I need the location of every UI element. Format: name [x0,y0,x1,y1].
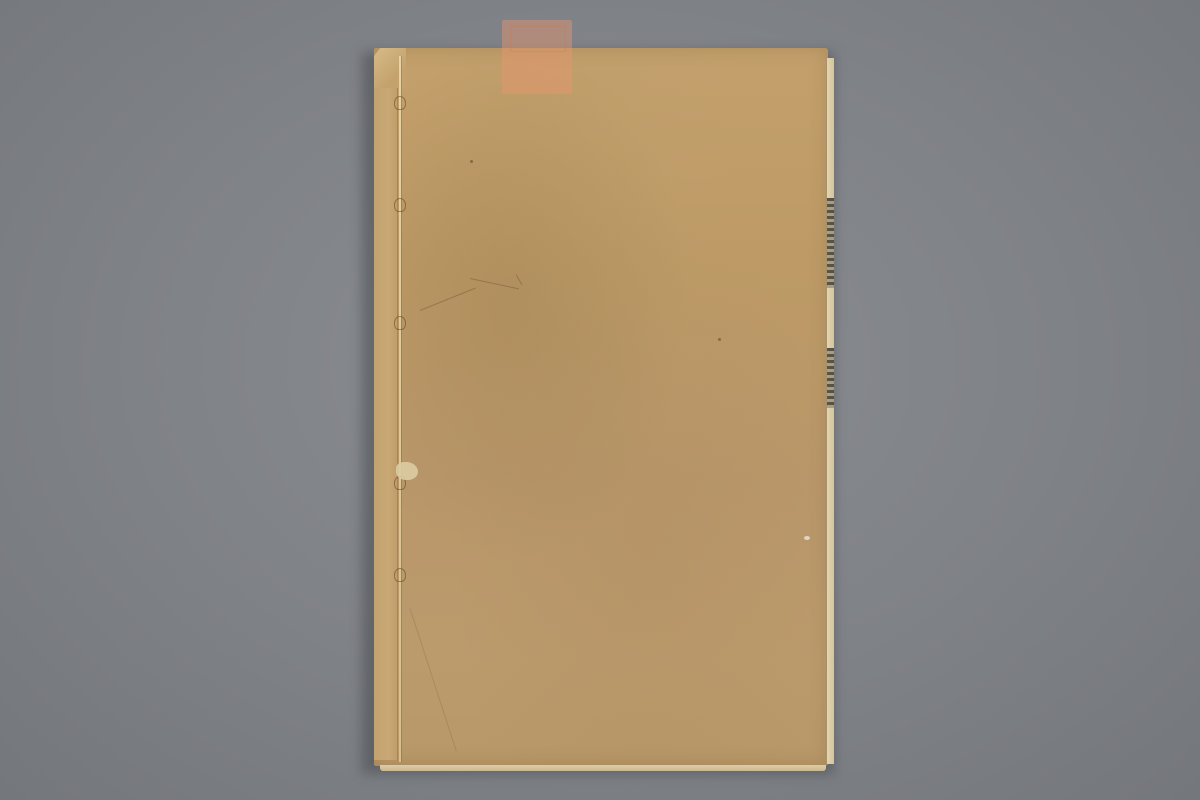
thread-knot [394,198,406,212]
page-edge-right [826,58,834,764]
edge-wear [827,198,834,288]
speck [718,338,721,341]
binding-thread [399,56,401,762]
photo-scene [0,0,1200,800]
thread-knot [394,568,406,582]
spine-strip [374,60,398,760]
thread-knot [394,96,406,110]
page-edge-bottom [380,765,826,771]
book [374,48,828,766]
speck [804,536,810,540]
paper-tag [502,20,572,94]
thread-knot [394,316,406,330]
book-cover [374,48,828,766]
speck [470,160,473,163]
worn-corner [374,48,406,88]
tag-label-box [510,26,566,52]
edge-wear [827,348,834,408]
paper-tear [396,462,418,480]
